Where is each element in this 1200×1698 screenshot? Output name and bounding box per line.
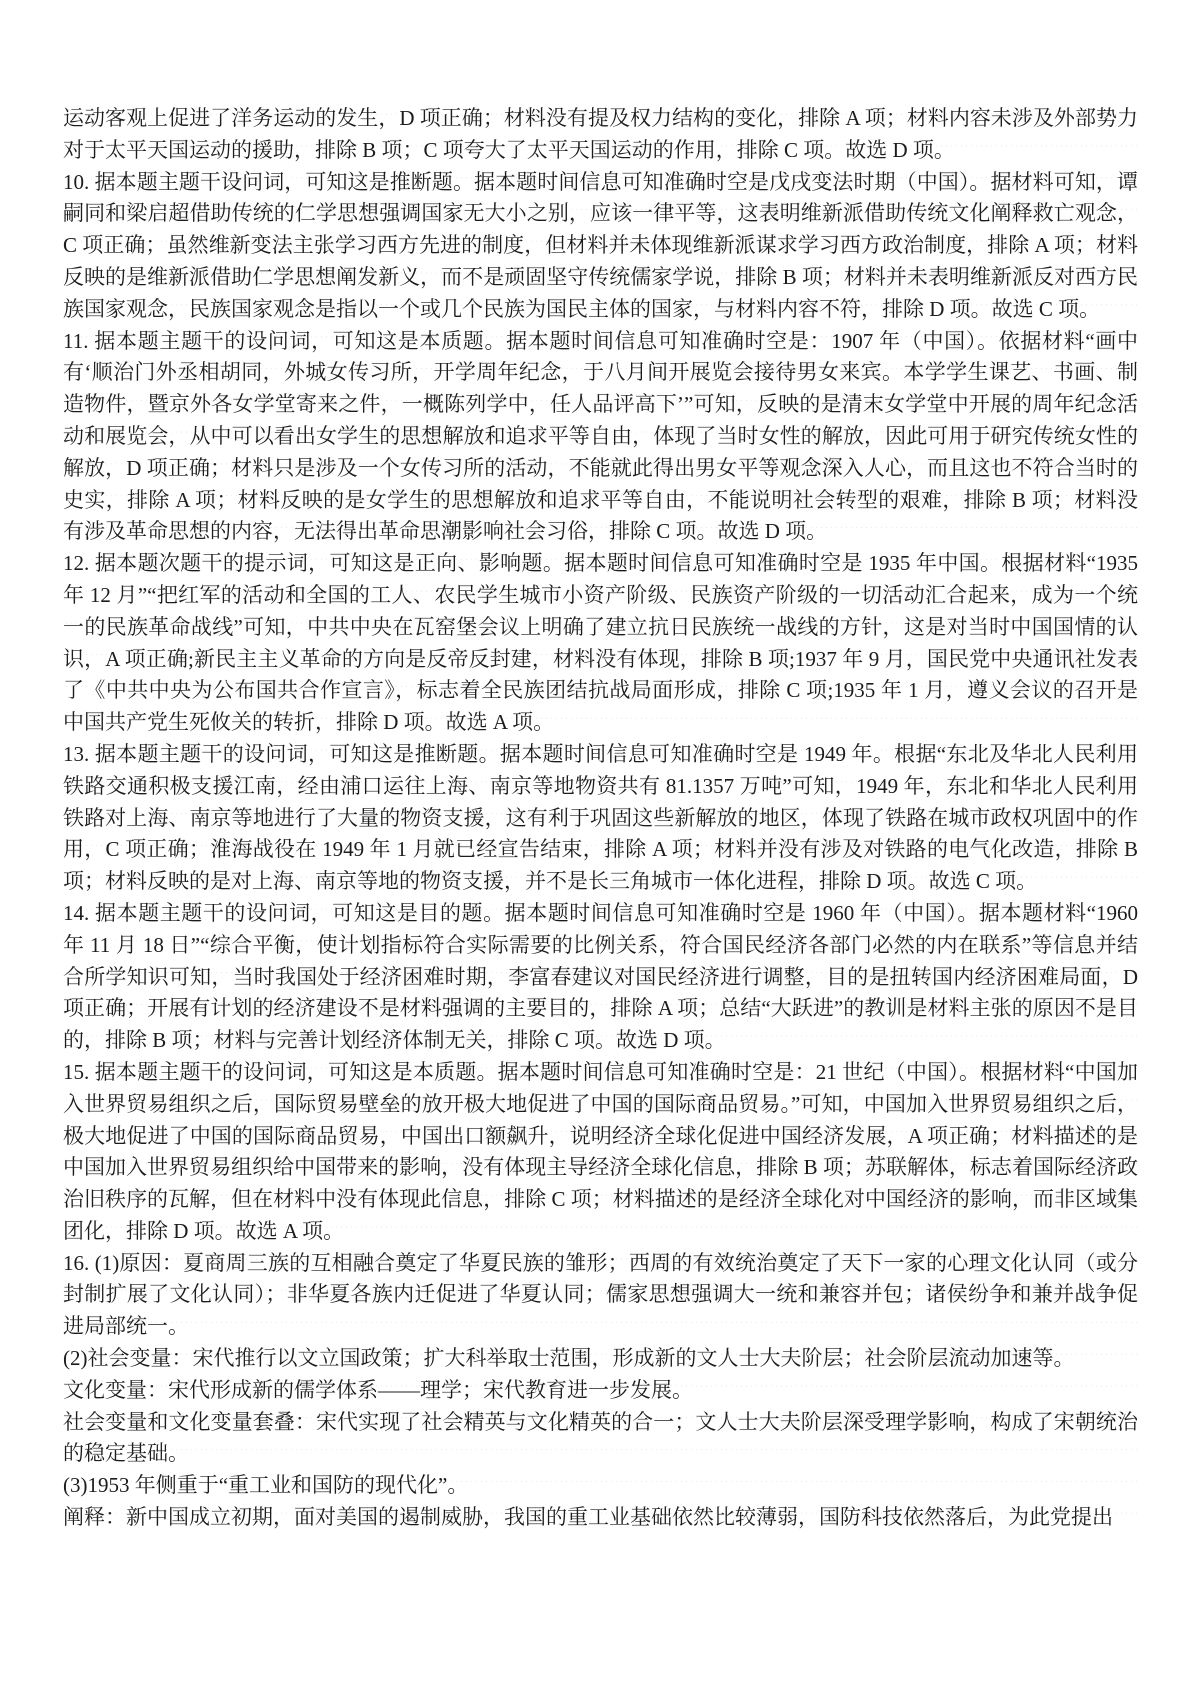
answer-16-part3-explanation: 阐释：新中国成立初期，面对美国的遏制威胁，我国的重工业基础依然比较薄弱，国防科技… bbox=[63, 1502, 1138, 1534]
answer-16-part2-culture: 文化变量：宋代形成新的儒学体系——理学；宋代教育进一步发展。 bbox=[63, 1375, 1138, 1407]
answer-15-explanation: 15. 据本题主题干的设问词，可知这是本质题。据本题时间信息可知准确时空是：21… bbox=[63, 1057, 1138, 1248]
answer-16-part1-reasons: 16. (1)原因：夏商周三族的互相融合奠定了华夏民族的雏形；西周的有效统治奠定… bbox=[63, 1248, 1138, 1343]
answer-12-explanation: 12. 据本题次题干的提示词，可知这是正向、影响题。据本题时间信息可知准确时空是… bbox=[63, 548, 1138, 739]
answer-14-explanation: 14. 据本题主题干的设问词，可知这是目的题。据本题时间信息可知准确时空是 19… bbox=[63, 898, 1138, 1057]
answer-16-part3-answer: (3)1953 年侧重于“重工业和国防的现代化”。 bbox=[63, 1470, 1138, 1502]
answer-text-column: 运动客观上促进了洋务运动的发生，D 项正确；材料没有提及权力结构的变化，排除 A… bbox=[63, 103, 1138, 1534]
answer-11-explanation: 11. 据本题主题干的设问词，可知这是本质题。据本题时间信息可知准确时空是：19… bbox=[63, 326, 1138, 549]
answer-10-explanation: 10. 据本题主题干设问词，可知这是推断题。据本题时间信息可知准确时空是戊戌变法… bbox=[63, 167, 1138, 326]
document-page: 运动客观上促进了洋务运动的发生，D 项正确；材料没有提及权力结构的变化，排除 A… bbox=[0, 0, 1200, 1698]
answer-9-continuation: 运动客观上促进了洋务运动的发生，D 项正确；材料没有提及权力结构的变化，排除 A… bbox=[63, 103, 1138, 167]
answer-16-part2-social: (2)社会变量：宋代推行以文立国政策；扩大科举取士范围，形成新的文人士大夫阶层；… bbox=[63, 1343, 1138, 1375]
answer-16-part2-overlap: 社会变量和文化变量套叠：宋代实现了社会精英与文化精英的合一；文人士大夫阶层深受理… bbox=[63, 1407, 1138, 1471]
answer-13-explanation: 13. 据本题主题干的设问词，可知这是推断题。据本题时间信息可知准确时空是 19… bbox=[63, 739, 1138, 898]
